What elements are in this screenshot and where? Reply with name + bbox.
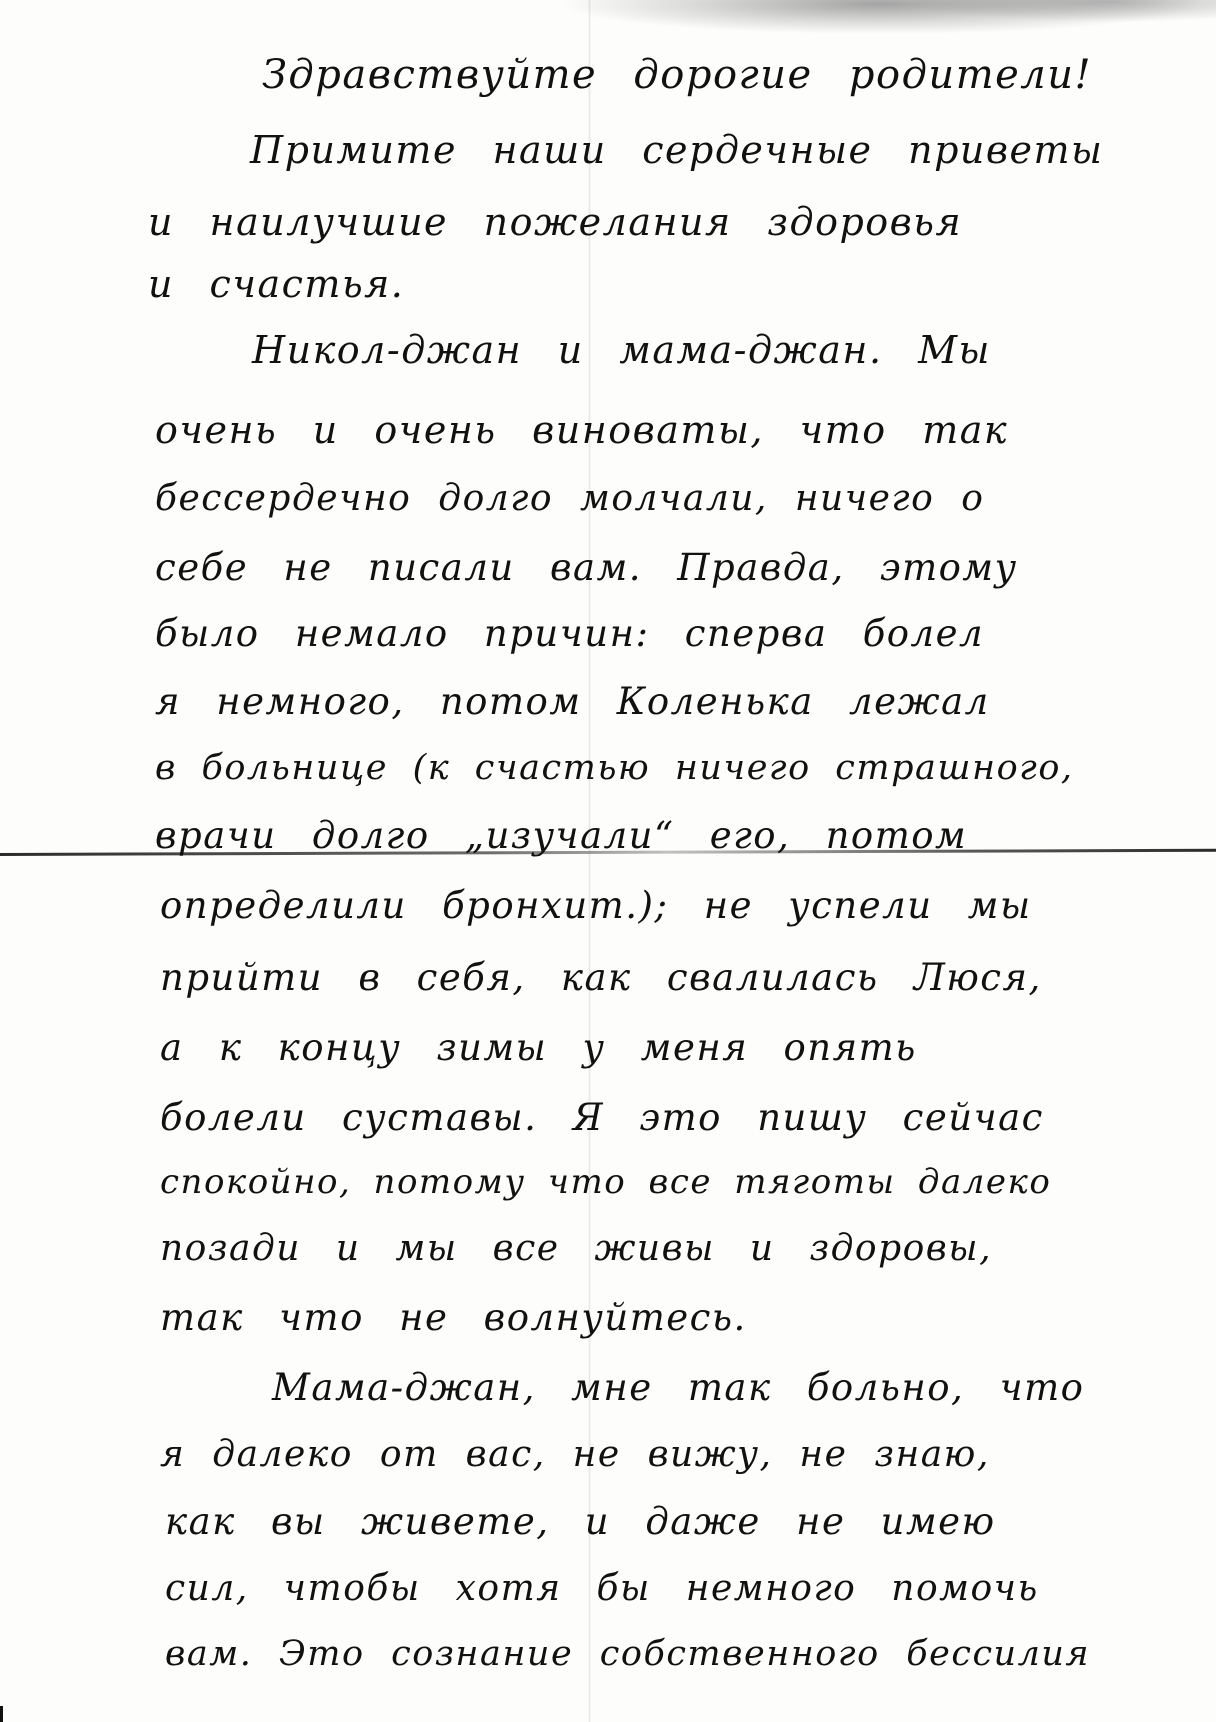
letter-line: так что не волнуйтесь. bbox=[160, 1296, 747, 1339]
letter-greeting: Здравствуйте дорогие родители! bbox=[262, 52, 1092, 98]
letter-line: определили бронхит.); не успели мы bbox=[160, 884, 1032, 927]
letter-line: Никол-джан и мама-джан. Мы bbox=[252, 328, 991, 372]
letter-line: и наилучшие пожелания здоровья bbox=[148, 200, 962, 244]
letter-line: спокойно, потому что все тяготы далеко bbox=[160, 1162, 1051, 1202]
letter-line: а к концу зимы у меня опять bbox=[160, 1026, 917, 1069]
letter-line: вам. Это сознание собственного бессилия bbox=[165, 1634, 1090, 1674]
letter-body: Здравствуйте дорогие родители! Примите н… bbox=[0, 0, 1216, 1722]
letter-line: и счастья. bbox=[148, 262, 404, 306]
letter-line: Примите наши сердечные приветы bbox=[250, 128, 1103, 172]
letter-line: позади и мы все живы и здоровы, bbox=[160, 1228, 992, 1269]
letter-line: себе не писали вам. Правда, этому bbox=[155, 546, 1018, 589]
letter-page: Здравствуйте дорогие родители! Примите н… bbox=[0, 0, 1216, 1722]
letter-line: врачи долго „изучали“ его, потом bbox=[155, 814, 967, 857]
letter-line: болели суставы. Я это пишу сейчас bbox=[160, 1096, 1044, 1139]
letter-line: было немало причин: сперва болел bbox=[155, 612, 984, 655]
letter-line: сил, чтобы хотя бы немного помочь bbox=[165, 1568, 1039, 1609]
letter-line: я далеко от вас, не вижу, не знаю, bbox=[160, 1434, 990, 1475]
letter-line: прийти в себя, как свалилась Люся, bbox=[160, 956, 1042, 999]
letter-line: Мама-джан, мне так больно, что bbox=[272, 1366, 1084, 1409]
letter-line: я немного, потом Коленька лежал bbox=[155, 680, 990, 723]
letter-line: в больнице (к счастью ничего страшного, bbox=[155, 748, 1074, 788]
letter-line: бессердечно долго молчали, ничего о bbox=[155, 478, 984, 519]
letter-line: как вы живете, и даже не имею bbox=[165, 1500, 996, 1543]
letter-line: очень и очень виноваты, что так bbox=[155, 408, 1008, 452]
